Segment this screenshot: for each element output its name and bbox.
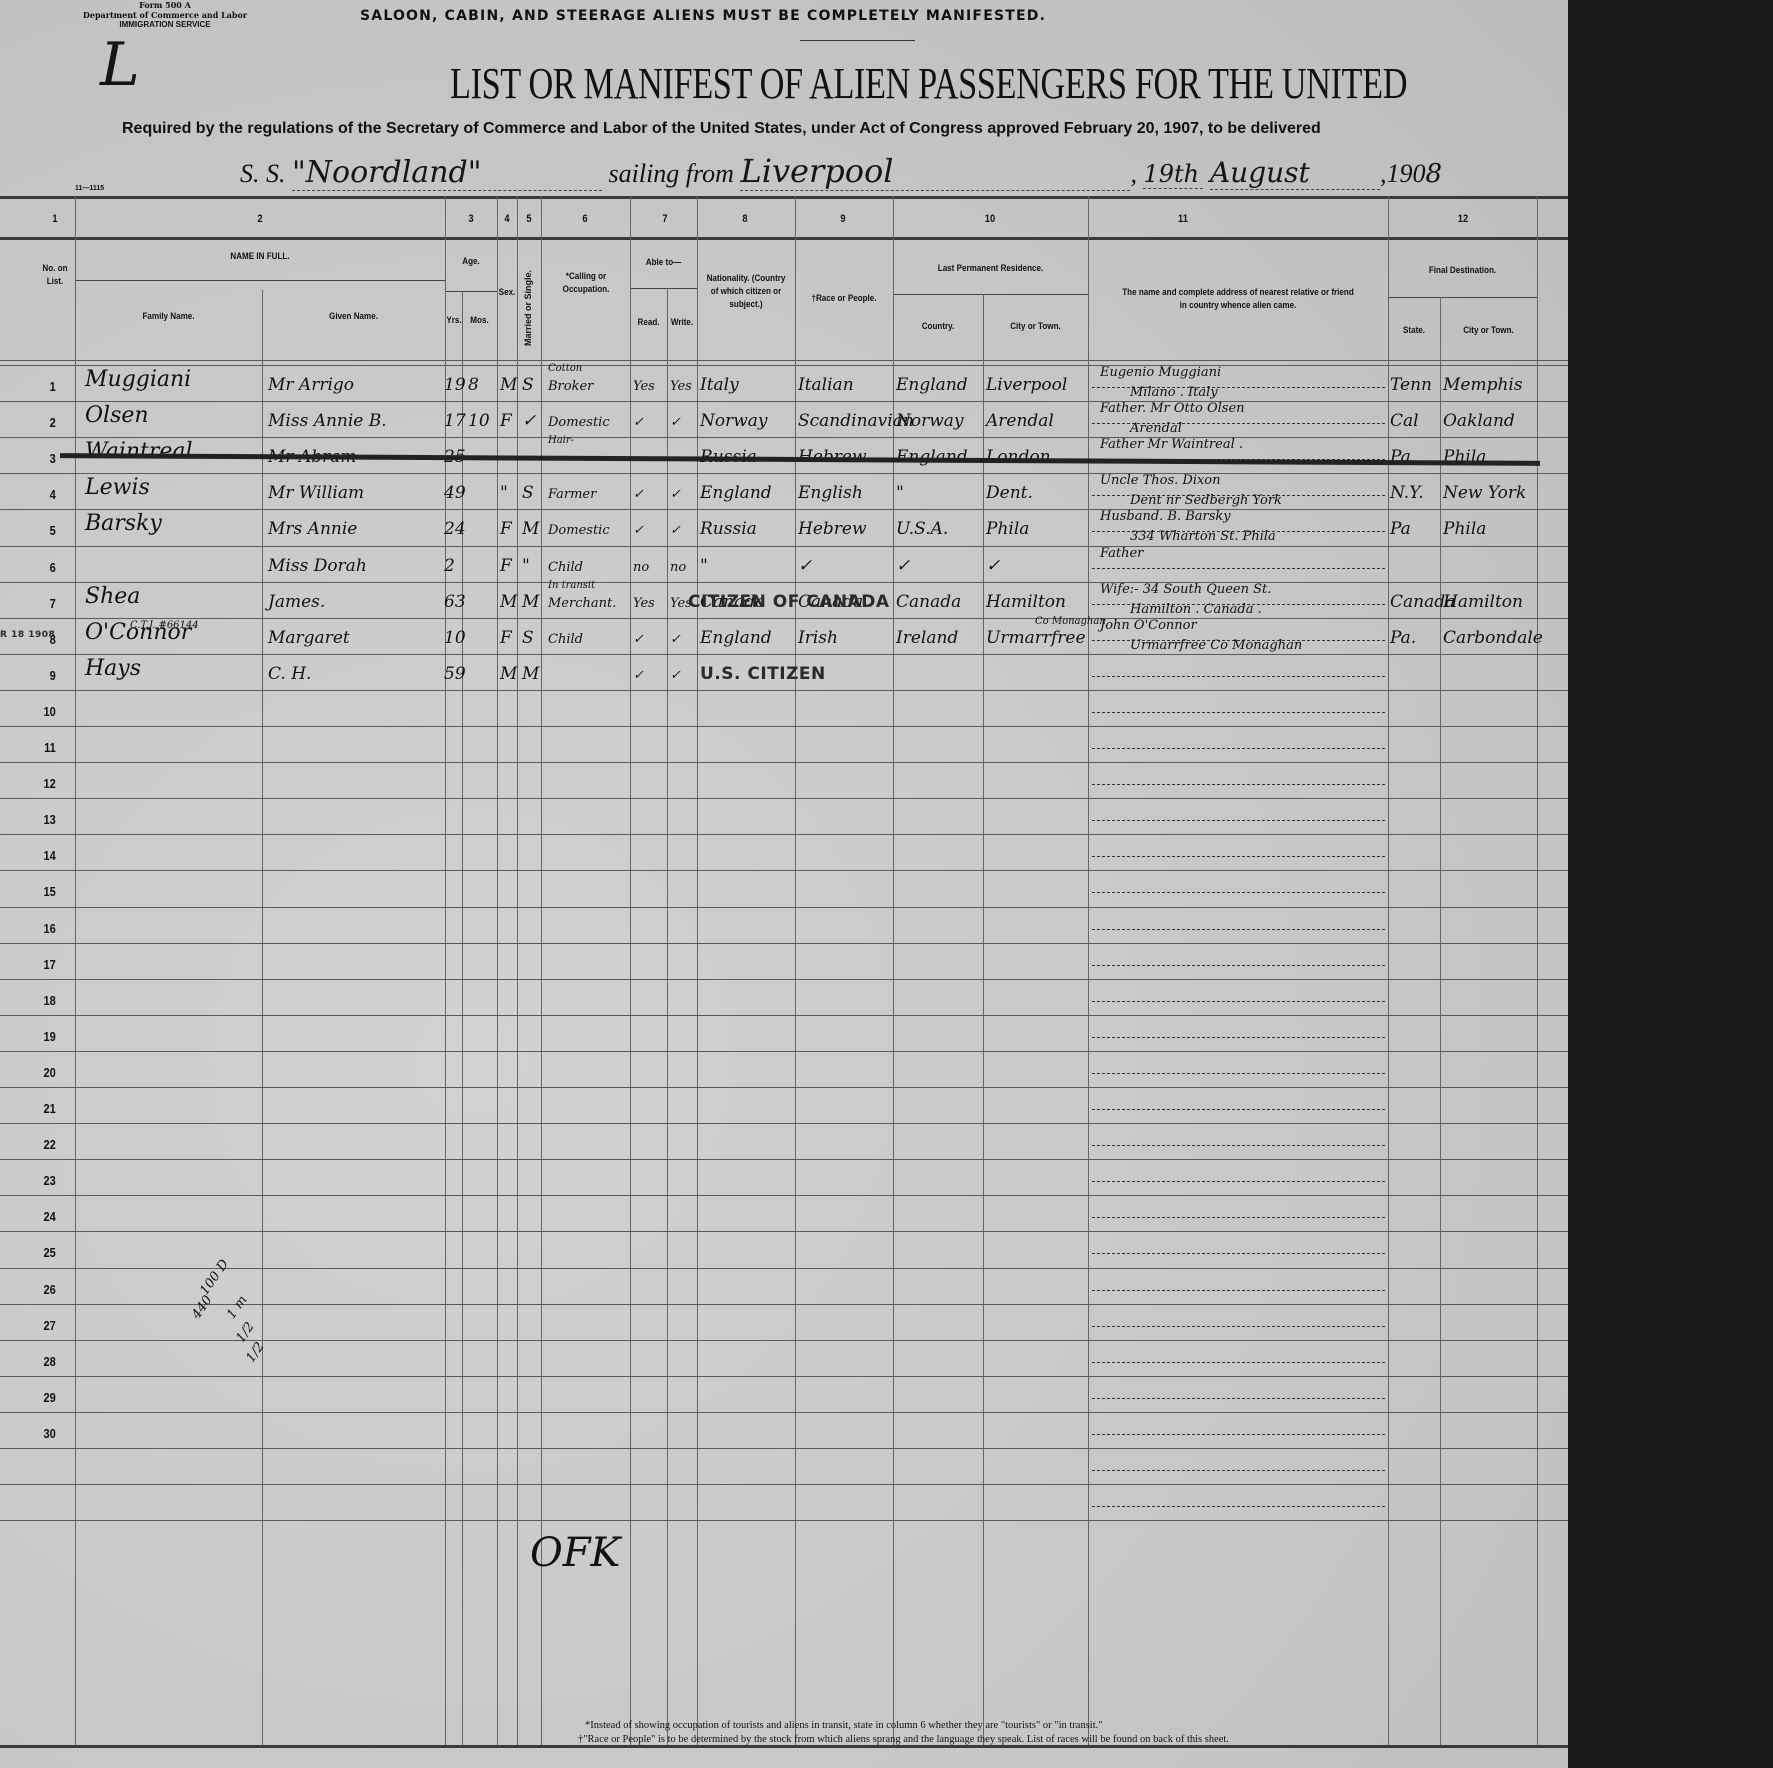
header-family-name: Family Name.	[89, 310, 248, 323]
given-name: Margaret	[268, 628, 350, 648]
margin-calculation: 1 m	[224, 1293, 250, 1322]
relative-guide-line	[1092, 1290, 1385, 1291]
marital-status: S	[522, 375, 534, 395]
row-rule	[0, 509, 1568, 510]
header-married-single: Married or Single.	[523, 270, 533, 346]
row-rule	[0, 401, 1568, 402]
can-write: Yes	[670, 379, 692, 394]
row-number: 13	[30, 812, 56, 827]
stock-number: 11—1115	[75, 185, 104, 192]
relative-line-2: Dent nr Sedbergh York	[1130, 493, 1282, 508]
col-divider	[795, 196, 796, 1745]
row-rule	[0, 1159, 1568, 1160]
can-read: Yes	[633, 596, 655, 611]
margin-date-stamp: R 18 1908	[0, 630, 55, 640]
row-number: 27	[30, 1318, 56, 1333]
row-rule	[0, 726, 1568, 727]
footnote-occupation: *Instead of showing occupation of touris…	[585, 1720, 1103, 1731]
row-number: 24	[30, 1209, 56, 1224]
col-divider	[541, 196, 542, 1745]
relative-guide-line	[1092, 1326, 1385, 1327]
relative-guide-line	[1092, 1362, 1385, 1363]
marital-status: "	[522, 556, 530, 576]
can-read: ✓	[633, 487, 644, 502]
row-rule	[0, 618, 1568, 619]
marital-status: ✓	[522, 411, 536, 431]
header-age-years: Yrs.	[444, 314, 464, 327]
row-number: 5	[30, 523, 56, 538]
relative-line-1: Eugenio Muggiani	[1100, 365, 1221, 380]
row-rule	[0, 834, 1568, 835]
sex: M	[500, 375, 517, 395]
relative-guide-line	[1092, 1506, 1385, 1507]
header-last-residence: Last Permanent Residence.	[908, 262, 1074, 275]
residence-country: Canada	[896, 592, 961, 612]
row-number: 30	[30, 1426, 56, 1441]
relative-line-2: Milano . Italy	[1130, 385, 1218, 400]
row-number: 28	[30, 1354, 56, 1369]
nationality: "	[700, 556, 708, 576]
race: Hebrew	[798, 519, 867, 539]
row-rule	[0, 1015, 1568, 1016]
occupation: Domestic	[548, 523, 610, 538]
row-number: 6	[30, 560, 56, 575]
col-divider	[75, 196, 76, 1745]
destination-subrule	[1388, 297, 1537, 298]
column-number: 2	[247, 213, 273, 225]
department-name: Department of Commerce and Labor	[70, 10, 260, 20]
age-years: 10	[444, 628, 466, 648]
row-number: 19	[30, 1029, 56, 1044]
occupation: Child	[548, 632, 583, 647]
relative-line-1: Father Mr Waintreal .	[1100, 437, 1243, 452]
row-rule	[0, 1484, 1568, 1485]
family-name: Waintreal	[85, 439, 193, 464]
row-rule	[0, 654, 1568, 655]
header-occupation: *Calling or Occupation.	[554, 270, 619, 296]
given-name: Mrs Annie	[268, 519, 357, 539]
residence-city: Phila	[986, 519, 1029, 539]
occupation: Domestic	[548, 415, 610, 430]
col-divider	[630, 196, 631, 1745]
column-number: 5	[521, 213, 538, 225]
residence-city: London	[986, 447, 1051, 467]
race: Italian	[798, 375, 854, 395]
relative-guide-line	[1092, 1145, 1385, 1146]
header-sex: Sex.	[499, 286, 516, 299]
row-rule	[0, 943, 1568, 944]
row-number: 11	[30, 740, 56, 755]
column-number: 1	[42, 213, 68, 225]
header-name-in-full: NAME IN FULL.	[103, 250, 418, 263]
relative-guide-line	[1092, 712, 1385, 713]
row-number: 10	[30, 704, 56, 719]
sex: "	[500, 483, 508, 503]
dest-state: N.Y.	[1390, 483, 1424, 503]
header-nearest-relative: The name and complete address of nearest…	[1121, 286, 1356, 312]
residence-country: U.S.A.	[896, 519, 948, 539]
row-number: 12	[30, 776, 56, 791]
can-write: ✓	[670, 415, 681, 430]
residence-city-note: Co Monaghan	[1035, 616, 1106, 627]
relative-guide-line	[1092, 568, 1385, 569]
column-number: 11	[1170, 213, 1196, 225]
row-number: 2	[30, 415, 56, 430]
col-divider	[1537, 196, 1538, 1745]
row-rule	[0, 1231, 1568, 1232]
given-name: Miss Dorah	[268, 556, 367, 576]
row-number: 7	[30, 596, 56, 611]
ship-name: "Noordland"	[292, 155, 602, 191]
family-name: O'Connor	[85, 620, 191, 645]
row-number: 1	[30, 379, 56, 394]
relative-guide-line	[1092, 820, 1385, 821]
relative-line-2: 334 Wharton St. Phila	[1130, 529, 1276, 544]
col-divider	[667, 288, 668, 1745]
header-rule-top	[0, 196, 1568, 199]
row-number: 26	[30, 1282, 56, 1297]
row-number: 29	[30, 1390, 56, 1405]
age-years: 2	[444, 556, 455, 576]
nationality: Russia	[700, 519, 757, 539]
row-number: 20	[30, 1065, 56, 1080]
marital-status: M	[522, 519, 539, 539]
col-divider	[1440, 297, 1441, 1745]
col-divider	[697, 196, 698, 1745]
column-number: 8	[732, 213, 758, 225]
dest-city: New York	[1443, 483, 1526, 503]
family-name: Barsky	[85, 511, 162, 536]
year-prefix: 190	[1386, 159, 1425, 188]
age-years: 17	[444, 411, 466, 431]
column-number: 7	[652, 213, 678, 225]
row-rule	[0, 907, 1568, 908]
residence-city: ✓	[986, 556, 1000, 576]
marital-status: S	[522, 483, 534, 503]
age-years: 63	[444, 592, 466, 612]
row-number: 4	[30, 487, 56, 502]
row-rule	[0, 870, 1568, 871]
page-title: LIST OR MANIFEST OF ALIEN PASSENGERS FOR…	[450, 58, 1407, 109]
column-number: 3	[458, 213, 484, 225]
row-rule	[0, 1448, 1568, 1449]
header-dest-state: State.	[1392, 324, 1436, 337]
occupation: Farmer	[548, 487, 596, 502]
relative-line-1: Father. Mr Otto Olsen	[1100, 401, 1245, 416]
col-divider	[517, 196, 518, 1745]
row-rule	[0, 1520, 1568, 1521]
age-years: 24	[444, 519, 466, 539]
sex: M	[500, 664, 517, 684]
relative-guide-line	[1092, 1217, 1385, 1218]
column-number: 9	[830, 213, 856, 225]
sex: F	[500, 411, 512, 431]
row-rule	[0, 798, 1568, 799]
nationality: England	[700, 483, 772, 503]
residence-country: England	[896, 375, 968, 395]
banner-notice: SALOON, CABIN, AND STEERAGE ALIENS MUST …	[360, 8, 1046, 24]
can-read: ✓	[633, 523, 644, 538]
sex: F	[500, 519, 512, 539]
relative-line-1: Father	[1100, 546, 1143, 561]
row-rule	[0, 1087, 1568, 1088]
header-age: Age.	[449, 255, 493, 268]
relative-line-2: Urmarrfree Co Monaghan	[1130, 638, 1302, 653]
dest-city: Oakland	[1443, 411, 1515, 431]
form-number: Form 500 A	[70, 0, 260, 10]
dest-state: Pa.	[1390, 628, 1416, 648]
column-number: 12	[1450, 213, 1476, 225]
dest-state: Cal	[1390, 411, 1419, 431]
header-residence-city: City or Town.	[991, 320, 1080, 333]
relative-guide-line	[1092, 1037, 1385, 1038]
column-number: 6	[572, 213, 598, 225]
header-read: Read.	[633, 316, 664, 329]
can-write: ✓	[670, 523, 681, 538]
residence-country: "	[896, 483, 904, 503]
departure-port: Liverpool	[740, 152, 1130, 191]
row-rule	[0, 690, 1568, 691]
relative-guide-line	[1092, 892, 1385, 893]
relative-line-1: Uncle Thos. Dixon	[1100, 473, 1221, 488]
age-subrule	[445, 291, 497, 292]
relative-guide-line	[1092, 856, 1385, 857]
header-nationality: Nationality. (Country of which citizen o…	[704, 272, 787, 311]
dest-city: Memphis	[1443, 375, 1523, 395]
race: English	[798, 483, 863, 503]
row-number: 21	[30, 1101, 56, 1116]
relative-guide-line	[1092, 784, 1385, 785]
given-name: C. H.	[268, 664, 311, 684]
relative-line-1: John O'Connor	[1100, 618, 1197, 633]
relative-line-2: Arendal	[1130, 421, 1182, 436]
row-rule	[0, 762, 1568, 763]
row-rule	[0, 979, 1568, 980]
row-rule	[0, 546, 1568, 547]
row-rule	[0, 437, 1568, 438]
row-rule	[0, 1195, 1568, 1196]
citizenship-stamp: U.S. CITIZEN	[700, 664, 826, 684]
row-rule	[0, 1412, 1568, 1413]
col-divider	[1388, 196, 1389, 1745]
age-years: 19	[444, 375, 466, 395]
row-rule	[0, 1340, 1568, 1341]
dest-state: Tenn	[1390, 375, 1432, 395]
header-given-name: Given Name.	[276, 310, 432, 323]
row-number: 14	[30, 848, 56, 863]
given-name: Mr William	[268, 483, 364, 503]
race: Irish	[798, 628, 838, 648]
occupation: Broker	[548, 379, 593, 394]
row-rule	[0, 1051, 1568, 1052]
residence-city: Dent.	[986, 483, 1033, 503]
row-number: 22	[30, 1137, 56, 1152]
relative-guide-line	[1092, 1181, 1385, 1182]
margin-calculation: 100 D	[197, 1257, 232, 1298]
sex: F	[500, 628, 512, 648]
year-suffix: 8	[1425, 159, 1442, 189]
family-name: Lewis	[85, 475, 150, 500]
service-name: IMMIGRATION SERVICE	[70, 20, 260, 30]
marital-status: S	[522, 628, 534, 648]
corner-mark: L	[100, 30, 140, 100]
residence-city: Urmarrfree	[986, 628, 1086, 648]
can-read: ✓	[633, 415, 644, 430]
relative-line-2: Hamilton . Canada .	[1130, 602, 1262, 617]
nationality: Norway	[700, 411, 768, 431]
given-name: Mr Arrigo	[268, 375, 354, 395]
marital-status: M	[522, 664, 539, 684]
residence-country: Norway	[896, 411, 964, 431]
header-age-months: Mos.	[465, 314, 495, 327]
header-no-on-list: No. on List.	[41, 262, 70, 288]
residence-city: Liverpool	[986, 375, 1067, 395]
relative-guide-line	[1092, 1253, 1385, 1254]
ss-label: S. S.	[240, 159, 286, 188]
nationality: England	[700, 628, 772, 648]
row-rule	[0, 582, 1568, 583]
row-number: 25	[30, 1245, 56, 1260]
age-months: 8	[468, 375, 479, 395]
row-rule	[0, 1268, 1568, 1269]
row-number: 18	[30, 993, 56, 1008]
departure-month: August	[1210, 156, 1380, 190]
header-rule-numbers	[0, 237, 1568, 240]
can-write: ✓	[670, 632, 681, 647]
relative-line-1: Husband. B. Barsky	[1100, 509, 1231, 524]
margin-calculation: 440	[189, 1293, 216, 1322]
header-residence-country: Country.	[900, 320, 977, 333]
footer-rule	[0, 1745, 1568, 1748]
relative-guide-line	[1092, 1398, 1385, 1399]
family-name: Olsen	[85, 403, 149, 428]
col-divider	[497, 196, 498, 1745]
row-number: 17	[30, 957, 56, 972]
col-divider	[1088, 196, 1089, 1745]
row-number: 9	[30, 668, 56, 683]
header-write: Write.	[669, 316, 695, 329]
inspector-initials: OFK	[530, 1530, 620, 1576]
sex: F	[500, 556, 512, 576]
occupation-note: Cotton	[548, 363, 582, 374]
citizenship-stamp: CITIZEN OF CANADA	[688, 592, 890, 612]
occupation-note: Hair-	[548, 435, 574, 446]
age-years: 49	[444, 483, 466, 503]
can-read: Yes	[633, 379, 655, 394]
relative-guide-line	[1092, 929, 1385, 930]
dest-city: Phila	[1443, 519, 1486, 539]
residence-subrule	[893, 294, 1088, 295]
relative-guide-line	[1092, 1001, 1385, 1002]
sailing-from-label: sailing from	[609, 159, 734, 188]
can-read: ✓	[633, 632, 644, 647]
manifest-sheet: Form 500 A Department of Commerce and La…	[0, 0, 1568, 1768]
age-years: 59	[444, 664, 466, 684]
banner-rule	[800, 40, 915, 41]
row-rule	[0, 1123, 1568, 1124]
relative-guide-line	[1092, 1434, 1385, 1435]
page-subtitle: Required by the regulations of the Secre…	[122, 120, 1321, 138]
form-identification: Form 500 A Department of Commerce and La…	[70, 0, 260, 30]
relative-guide-line	[1092, 748, 1385, 749]
residence-city: Arendal	[986, 411, 1054, 431]
occupation-note: In transit	[548, 580, 595, 591]
voyage-line: S. S. "Noordland" sailing from Liverpool…	[240, 152, 1442, 191]
column-number: 4	[499, 213, 516, 225]
residence-city: Hamilton	[986, 592, 1066, 612]
margin-calculation: 1/2	[243, 1340, 267, 1366]
relative-guide-line	[1092, 965, 1385, 966]
residence-country: Ireland	[896, 628, 958, 648]
age-months: 10	[468, 411, 490, 431]
given-name: Miss Annie B.	[268, 411, 387, 431]
race: ✓	[798, 556, 812, 576]
can-read: no	[633, 560, 649, 575]
header-able-to: Able to—	[635, 256, 692, 269]
name-subrule	[75, 280, 445, 281]
dest-state: Pa	[1390, 519, 1411, 539]
can-write: ✓	[670, 487, 681, 502]
family-name: Muggiani	[85, 367, 191, 392]
row-rule	[0, 1376, 1568, 1377]
header-rule-bottom	[0, 360, 1568, 361]
able-subrule	[630, 288, 697, 289]
relative-guide-line	[1092, 1470, 1385, 1471]
relative-guide-line	[1092, 676, 1385, 677]
header-race: †Race or People.	[802, 292, 885, 305]
can-write: no	[670, 560, 686, 575]
residence-country: ✓	[896, 556, 910, 576]
row-rule	[0, 473, 1568, 474]
marital-status: M	[522, 592, 539, 612]
row-rule	[0, 365, 1568, 366]
dest-city: Hamilton	[1443, 592, 1523, 612]
family-name: Hays	[85, 656, 141, 681]
dest-city: Carbondale	[1443, 628, 1543, 648]
sex: M	[500, 592, 517, 612]
occupation: Merchant.	[548, 596, 616, 611]
header-dest-city: City or Town.	[1447, 324, 1529, 337]
col-divider	[983, 294, 984, 1745]
departure-day: 19th	[1143, 160, 1203, 189]
can-write: ✓	[670, 668, 681, 683]
family-name: Shea	[85, 584, 140, 609]
relative-guide-line	[1092, 1073, 1385, 1074]
row-number: 15	[30, 884, 56, 899]
row-number: 23	[30, 1173, 56, 1188]
occupation: Child	[548, 560, 583, 575]
can-read: ✓	[633, 668, 644, 683]
relative-line-1: Wife:- 34 South Queen St.	[1100, 582, 1271, 597]
column-number: 10	[977, 213, 1003, 225]
row-number: 16	[30, 921, 56, 936]
row-number: 3	[30, 451, 56, 466]
footnote-race: †"Race or People" is to be determined by…	[578, 1734, 1229, 1745]
relative-guide-line	[1092, 1109, 1385, 1110]
given-name: James.	[268, 592, 325, 612]
header-final-destination: Final Destination.	[1399, 264, 1526, 277]
nationality: Italy	[700, 375, 739, 395]
